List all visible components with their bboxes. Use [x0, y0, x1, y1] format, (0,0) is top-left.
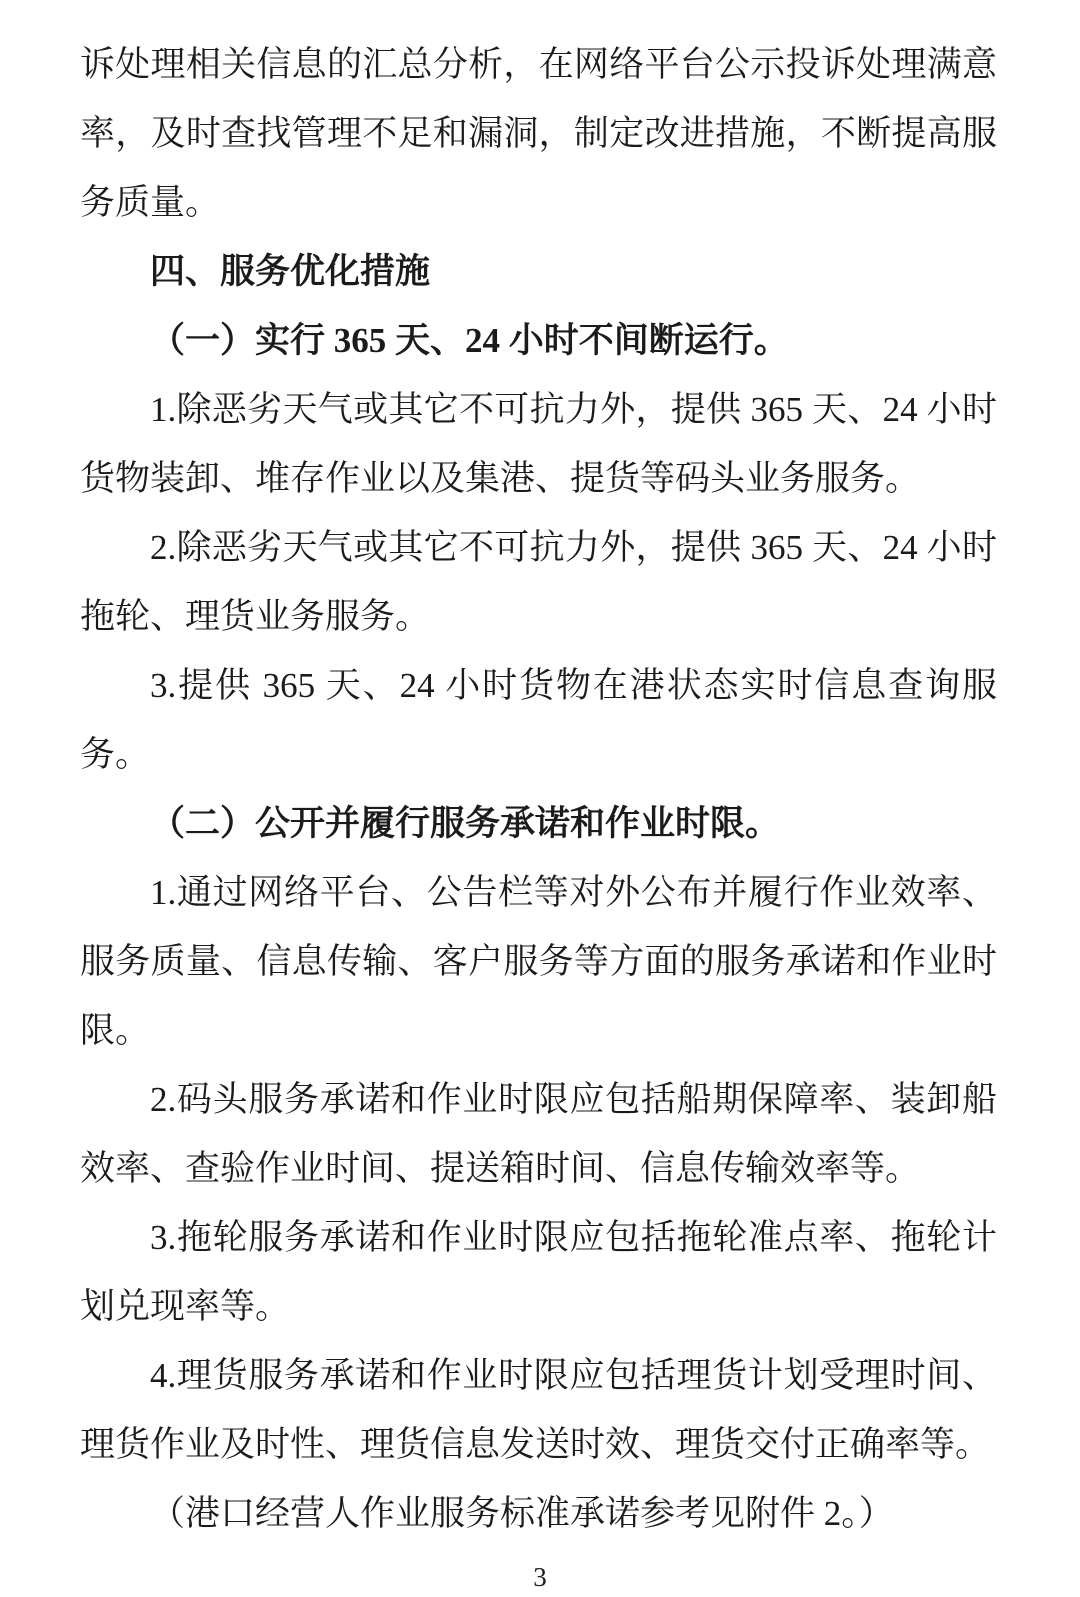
page-number: 3	[0, 1562, 1080, 1592]
document-page: 诉处理相关信息的汇总分析，在网络平台公示投诉处理满意率，及时查找管理不足和漏洞，…	[0, 0, 1080, 1597]
subsection-heading-2: （二）公开并履行服务承诺和作业时限。	[80, 789, 997, 858]
paragraph-item-2-2: 2.码头服务承诺和作业时限应包括船期保障率、装卸船效率、查验作业时间、提送箱时间…	[80, 1065, 997, 1203]
paragraph-continuation: 诉处理相关信息的汇总分析，在网络平台公示投诉处理满意率，及时查找管理不足和漏洞，…	[80, 30, 997, 237]
paragraph-item-2-4: 4.理货服务承诺和作业时限应包括理货计划受理时间、理货作业及时性、理货信息发送时…	[80, 1341, 997, 1479]
section-heading-4: 四、服务优化措施	[80, 237, 997, 306]
paragraph-item-2-3: 3.拖轮服务承诺和作业时限应包括拖轮准点率、拖轮计划兑现率等。	[80, 1203, 997, 1341]
subsection-heading-1: （一）实行 365 天、24 小时不间断运行。	[80, 306, 997, 375]
paragraph-item-1-3: 3.提供 365 天、24 小时货物在港状态实时信息查询服务。	[80, 651, 997, 789]
paragraph-item-1-2: 2.除恶劣天气或其它不可抗力外，提供 365 天、24 小时拖轮、理货业务服务。	[80, 513, 997, 651]
paragraph-attachment-note: （港口经营人作业服务标准承诺参考见附件 2。）	[80, 1479, 997, 1548]
paragraph-item-2-1: 1.通过网络平台、公告栏等对外公布并履行作业效率、服务质量、信息传输、客户服务等…	[80, 858, 997, 1065]
paragraph-item-1-1: 1.除恶劣天气或其它不可抗力外，提供 365 天、24 小时货物装卸、堆存作业以…	[80, 375, 997, 513]
document-text-block: 诉处理相关信息的汇总分析，在网络平台公示投诉处理满意率，及时查找管理不足和漏洞，…	[80, 30, 997, 1548]
